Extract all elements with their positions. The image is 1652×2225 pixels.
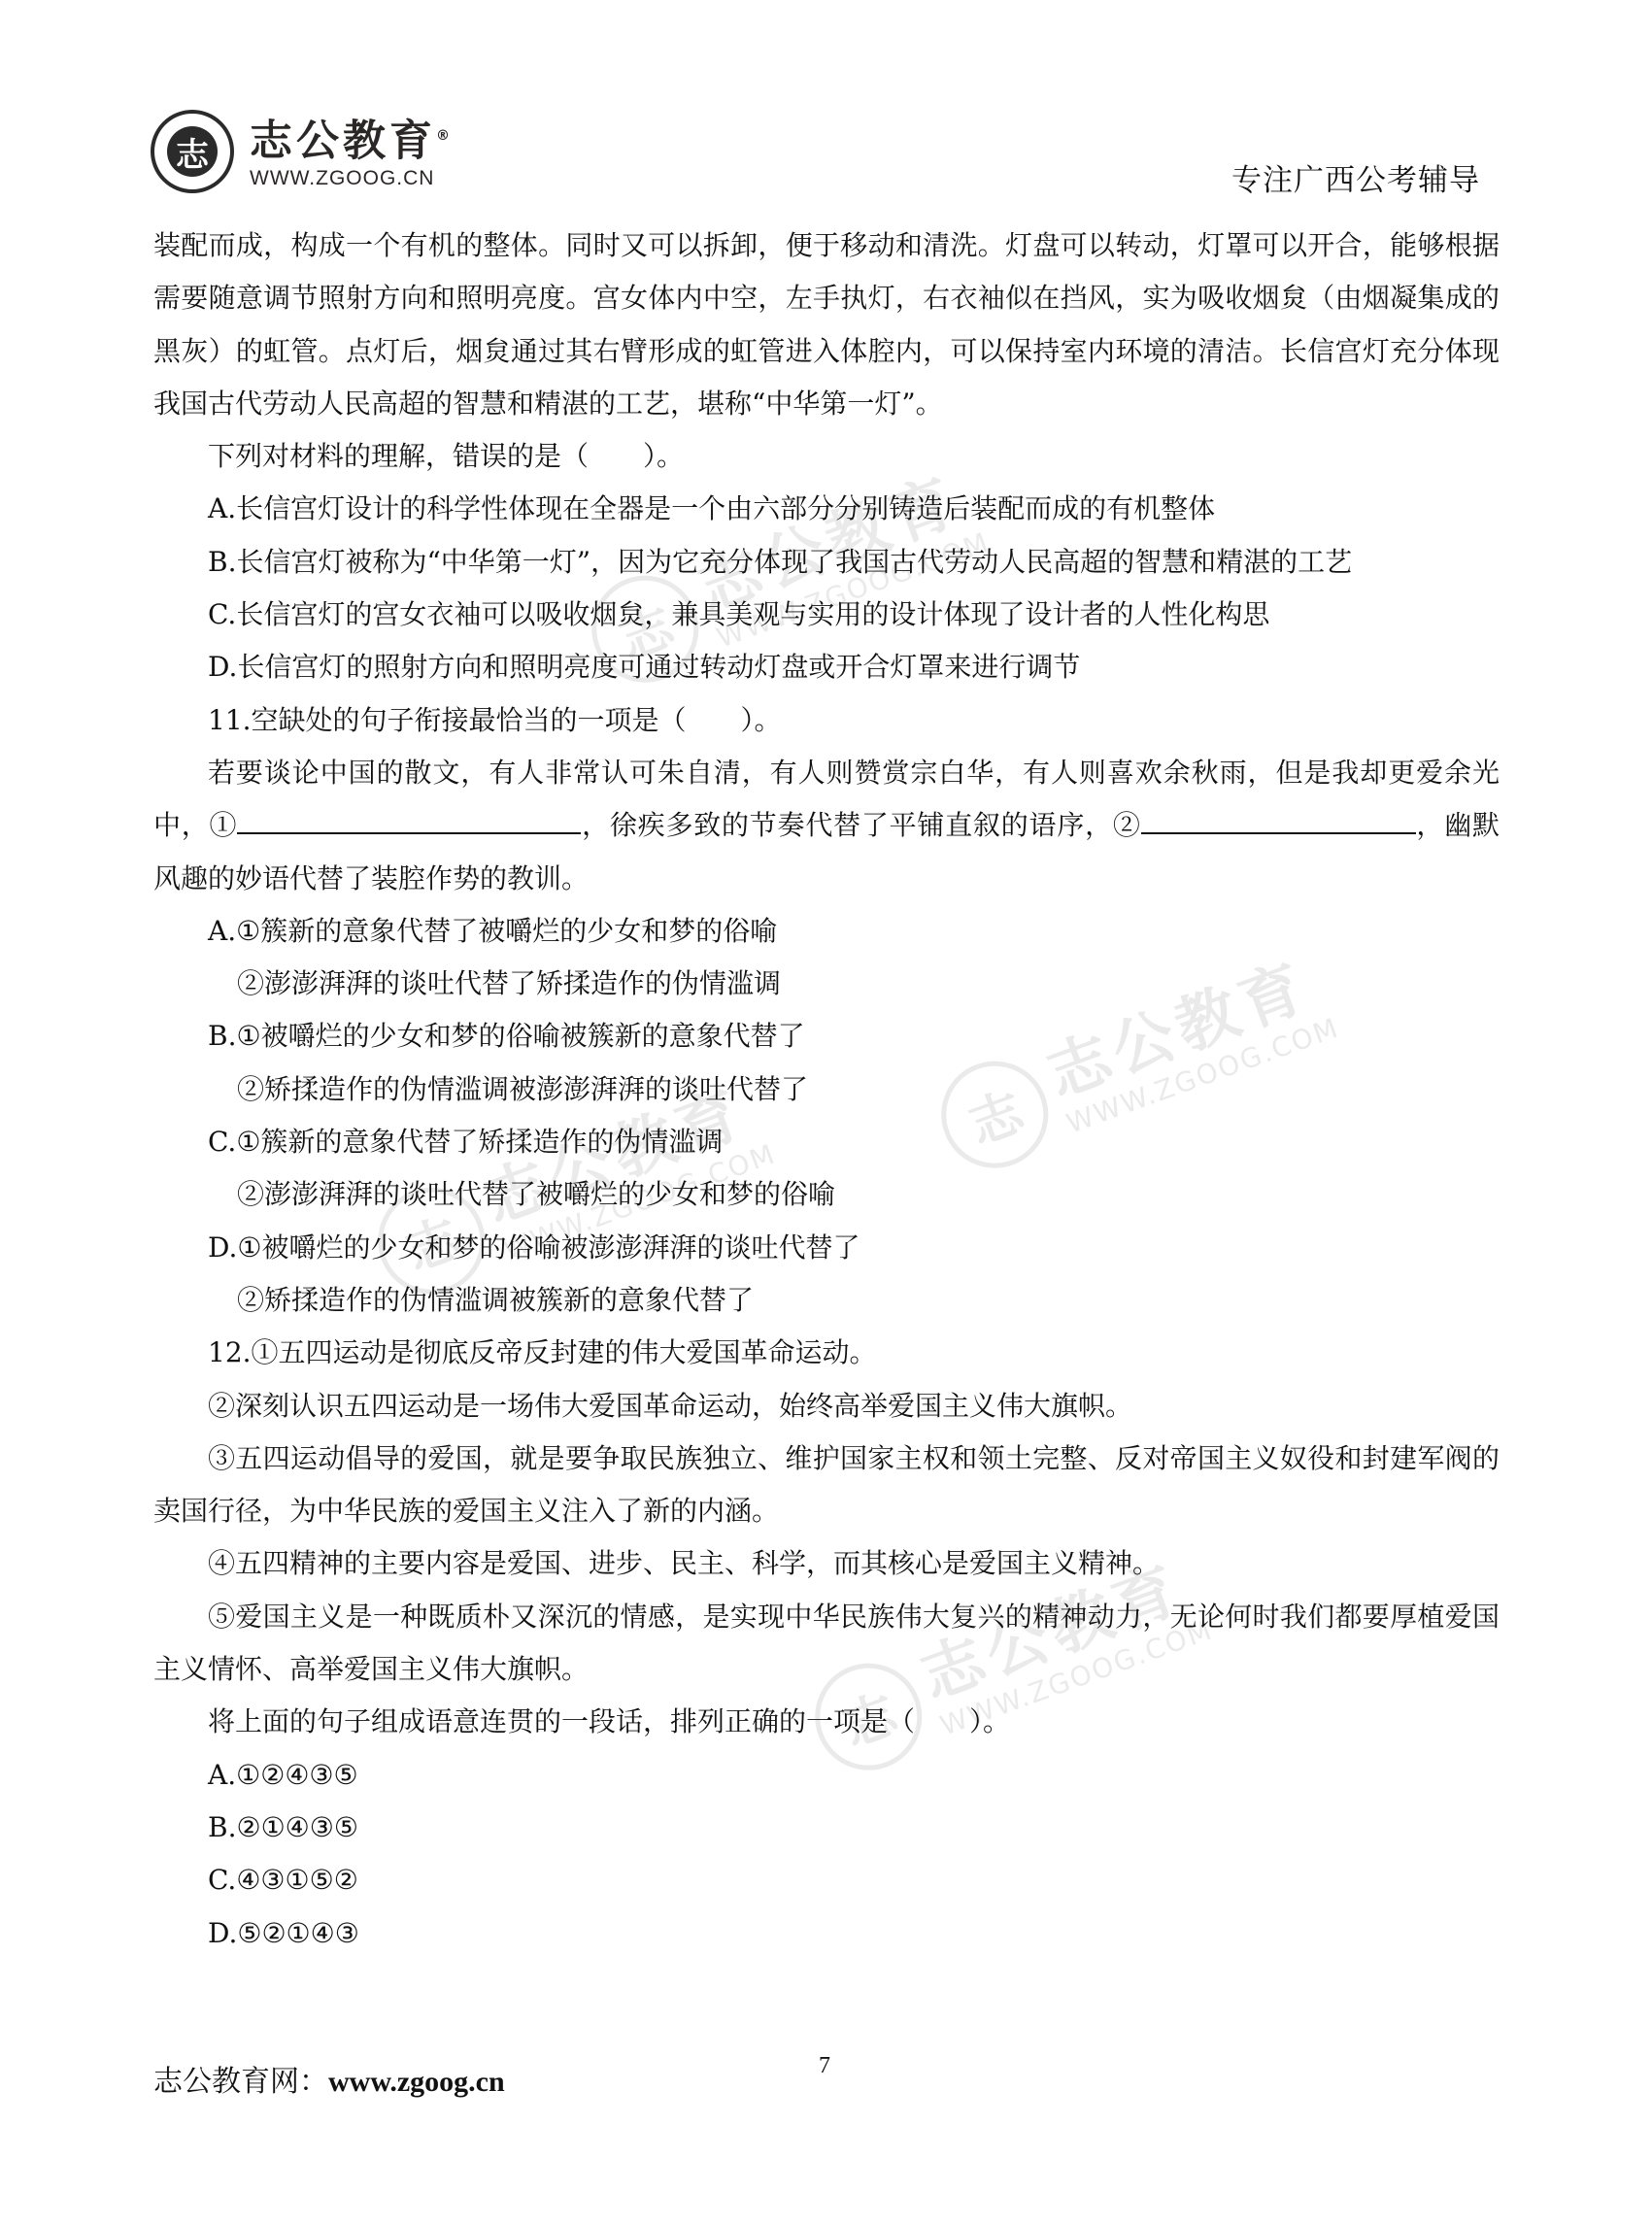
q11-passage: 若要谈论中国的散文，有人非常认可朱自清，有人则赞赏宗白华，有人则喜欢余秋雨，但是… <box>153 747 1500 905</box>
blank-1 <box>237 807 581 834</box>
blank-2 <box>1141 807 1416 834</box>
logo-seal-glyph: 志 <box>167 126 218 177</box>
q11-option-b-line2: ②矫揉造作的伪情滥调被澎澎湃湃的谈吐代替了 <box>153 1063 1500 1116</box>
passage-continued: 装配而成，构成一个有机的整体。同时又可以拆卸，便于移动和清洗。灯盘可以转动，灯罩… <box>153 219 1500 430</box>
q12-option-d: D.⑤②①④③ <box>153 1907 1500 1960</box>
q12-sentence-5: ⑤爱国主义是一种既质朴又深沉的情感，是实现中华民族伟大复兴的精神动力，无论何时我… <box>153 1591 1500 1697</box>
q10-option-c: C.长信宫灯的宫女衣袖可以吸收烟炱，兼具美观与实用的设计体现了设计者的人性化构思 <box>153 589 1500 641</box>
page-number: 7 <box>819 2053 830 2079</box>
q12-option-a: A.①②④③⑤ <box>153 1749 1500 1802</box>
footer-site-label: 志公教育网： <box>153 2065 328 2099</box>
q10-option-a: A.长信宫灯设计的科学性体现在全器是一个由六部分分别铸造后装配而成的有机整体 <box>153 483 1500 535</box>
q11-option-a-line1: A.①簇新的意象代替了被嚼烂的少女和梦的俗喻 <box>153 905 1500 958</box>
q11-option-c-line1: C.①簇新的意象代替了矫揉造作的伪情滥调 <box>153 1116 1500 1168</box>
q12-sentence-3: ③五四运动倡导的爱国，就是要争取民族独立、维护国家主权和领土完整、反对帝国主义奴… <box>153 1433 1500 1538</box>
q12-sentence-1: 12.①五四运动是彻底反帝反封建的伟大爱国革命运动。 <box>153 1327 1500 1379</box>
footer-site: 志公教育网：www.zgoog.cn <box>153 2057 505 2100</box>
q10-option-b: B.长信宫灯被称为“中华第一灯”，因为它充分体现了我国古代劳动人民高超的智慧和精… <box>153 536 1500 589</box>
q12-option-c: C.④③①⑤② <box>153 1854 1500 1906</box>
q11-option-a-line2: ②澎澎湃湃的谈吐代替了矫揉造作的伪情滥调 <box>153 958 1500 1010</box>
q12-stem: 将上面的句子组成语意连贯的一段话，排列正确的一项是（ ）。 <box>153 1696 1500 1748</box>
header-logo: 志 志公教育® WWW.ZGOOG.CN <box>151 110 450 193</box>
q11-option-d-line2: ②矫揉造作的伪情滥调被簇新的意象代替了 <box>153 1274 1500 1327</box>
brand-url: WWW.ZGOOG.CN <box>250 167 450 190</box>
q10-stem: 下列对材料的理解，错误的是（ ）。 <box>153 430 1500 483</box>
q11-option-d-line1: D.①被嚼烂的少女和梦的俗喻被澎澎湃湃的谈吐代替了 <box>153 1222 1500 1274</box>
q11-option-c-line2: ②澎澎湃湃的谈吐代替了被嚼烂的少女和梦的俗喻 <box>153 1168 1500 1221</box>
q10-option-d: D.长信宫灯的照射方向和照明亮度可通过转动灯盘或开合灯罩来进行调节 <box>153 641 1500 693</box>
q12-option-b: B.②①④③⑤ <box>153 1802 1500 1854</box>
logo-seal-icon: 志 <box>151 110 234 193</box>
brand-name: 志公教育® <box>250 113 450 165</box>
q12-sentence-2: ②深刻认识五四运动是一场伟大爱国革命运动，始终高举爱国主义伟大旗帜。 <box>153 1380 1500 1433</box>
q12-sentence-4: ④五四精神的主要内容是爱国、进步、民主、科学，而其核心是爱国主义精神。 <box>153 1537 1500 1590</box>
page-content: 装配而成，构成一个有机的整体。同时又可以拆卸，便于移动和清洗。灯盘可以转动，灯罩… <box>153 219 1500 1960</box>
q11-option-b-line1: B.①被嚼烂的少女和梦的俗喻被簇新的意象代替了 <box>153 1010 1500 1062</box>
header-tagline: 专注广西公考辅导 <box>1231 155 1480 199</box>
q11-stem: 11.空缺处的句子衔接最恰当的一项是（ ）。 <box>153 694 1500 747</box>
footer-site-link[interactable]: www.zgoog.cn <box>328 2066 505 2098</box>
